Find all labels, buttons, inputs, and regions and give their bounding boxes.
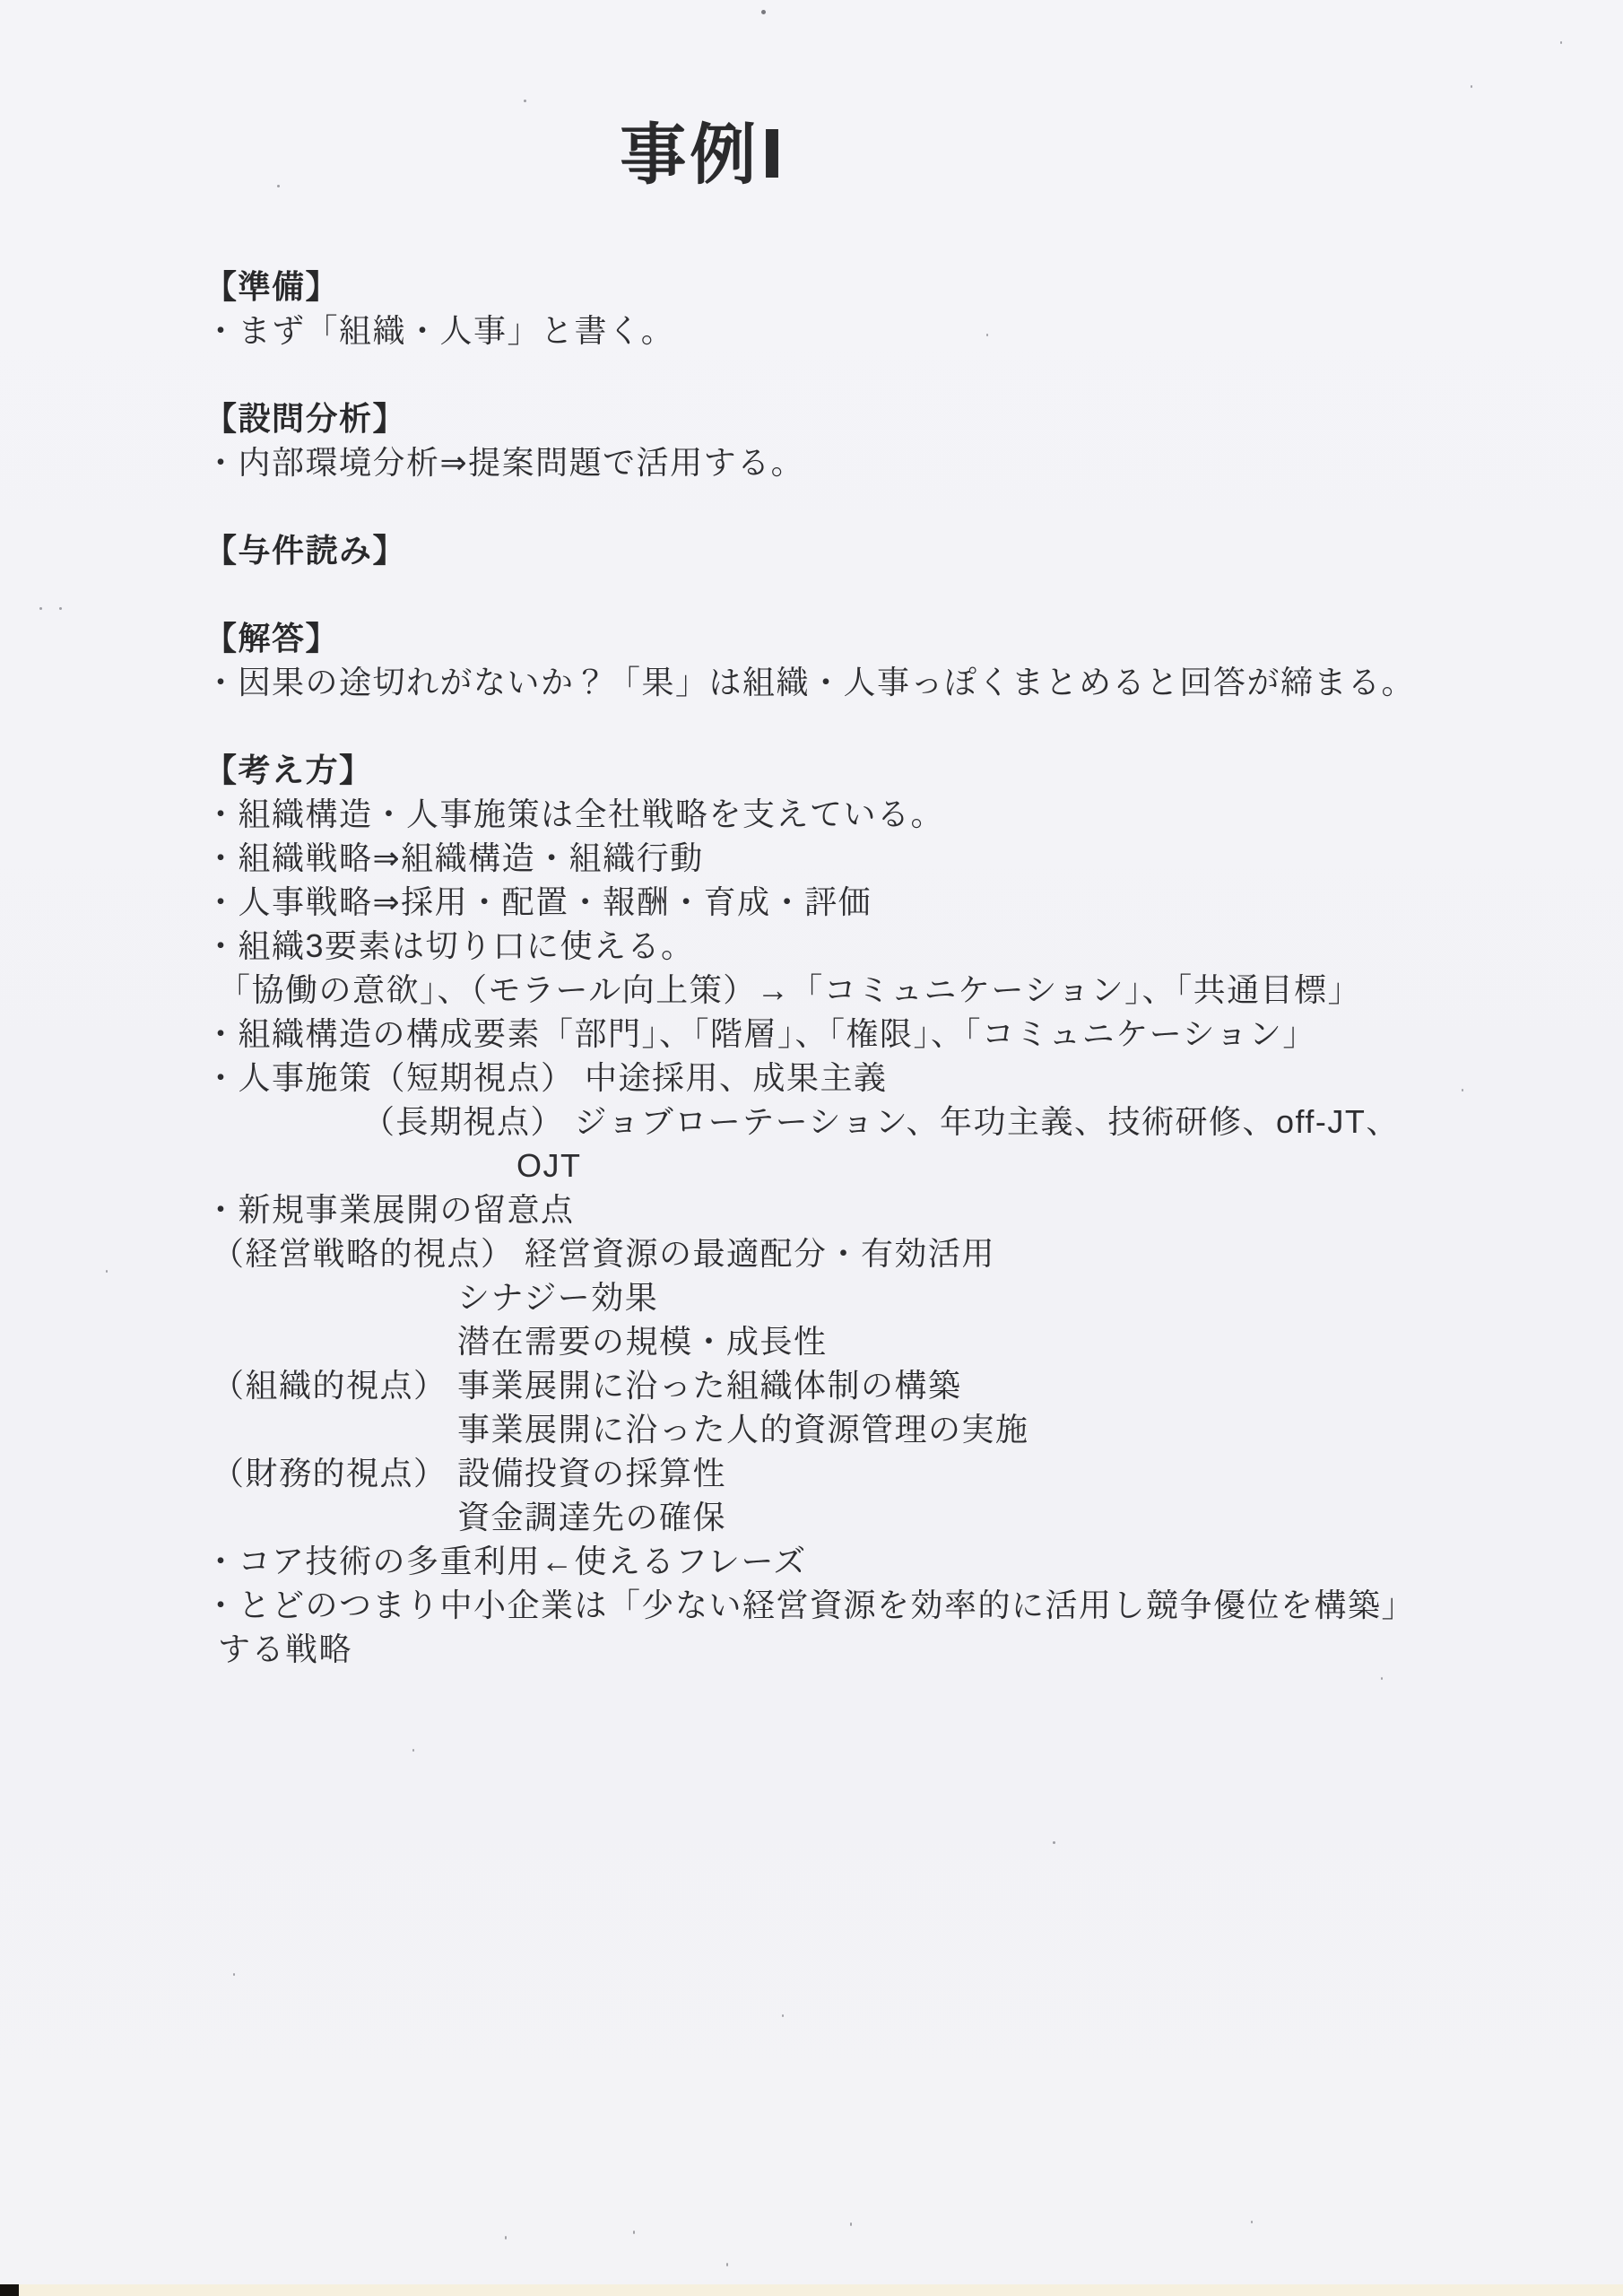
note-line: ・新規事業展開の留意点 — [204, 1187, 1623, 1231]
note-line: 潜在需要の規模・成長性 — [204, 1319, 1623, 1363]
note-line: （組織的視点） 事業展開に沿った組織体制の構築 — [204, 1363, 1623, 1407]
scan-speck — [524, 100, 526, 102]
note-line: 事業展開に沿った人的資源管理の実施 — [204, 1407, 1623, 1451]
scan-speck — [986, 334, 988, 336]
scan-speck — [1381, 1677, 1383, 1680]
section-heading: 【解答】 — [204, 616, 1623, 660]
note-line: ・組織構造・人事施策は全社戦略を支えている。 — [204, 792, 1623, 836]
scan-speck — [782, 2014, 784, 2017]
section-heading: 【準備】 — [204, 265, 1623, 309]
scan-speck — [505, 2236, 507, 2239]
note-line: ・組織戦略⇒組織構造・組織行動 — [204, 836, 1623, 880]
scanner-edge-black-mark — [0, 2284, 19, 2296]
scan-speck — [1462, 1089, 1463, 1091]
section: 【準備】・まず「組織・人事」と書く。 — [204, 265, 1623, 352]
scan-speck — [59, 607, 62, 610]
scan-speck — [106, 1270, 108, 1273]
note-line: ・コア技術の多重利用←使えるフレーズ — [204, 1539, 1623, 1583]
scan-speck — [850, 2222, 852, 2226]
section: 【与件読み】 — [204, 528, 1623, 572]
scan-speck — [1560, 41, 1562, 44]
note-line: 資金調達先の確保 — [204, 1495, 1623, 1539]
note-line: （長期視点） ジョブローテーション、年功主義、技術研修、off-JT、 — [204, 1100, 1623, 1144]
scan-speck — [761, 10, 766, 14]
note-line: ・内部環境分析⇒提案問題で活用する。 — [204, 440, 1623, 484]
note-line: ・組織3要素は切り口に使える。 — [204, 924, 1623, 968]
note-line: （財務的視点） 設備投資の採算性 — [204, 1451, 1623, 1495]
note-line: ・まず「組織・人事」と書く。 — [204, 309, 1623, 352]
section: 【考え方】・組織構造・人事施策は全社戦略を支えている。・組織戦略⇒組織構造・組織… — [204, 748, 1623, 1671]
scan-speck — [726, 2263, 728, 2266]
note-line: する戦略 — [204, 1627, 1623, 1671]
section-heading: 【与件読み】 — [204, 528, 1623, 572]
scan-speck — [1471, 85, 1472, 88]
note-line: ・因果の途切れがないか？「果」は組織・人事っぽくまとめると回答が締まる。 — [204, 660, 1623, 704]
scan-speck — [412, 1749, 414, 1752]
note-line: シナジー効果 — [204, 1275, 1623, 1319]
scanned-document-page: 事例Ⅰ 【準備】・まず「組織・人事」と書く。【設問分析】・内部環境分析⇒提案問題… — [0, 0, 1623, 2296]
note-line: ・人事戦略⇒採用・配置・報酬・育成・評価 — [204, 880, 1623, 924]
note-line: 「協働の意欲」、（モラール向上策）→「コミュニケーション」、「共通目標」 — [204, 968, 1623, 1012]
scan-speck — [1053, 1841, 1055, 1844]
note-line: OJT — [204, 1144, 1623, 1187]
note-line: ・人事施策（短期視点） 中途採用、成果主義 — [204, 1056, 1623, 1100]
scan-speck — [233, 1973, 235, 1976]
section-heading: 【設問分析】 — [204, 396, 1623, 440]
scan-speck — [1251, 2221, 1253, 2223]
note-line: （経営戦略的視点） 経営資源の最適配分・有効活用 — [204, 1231, 1623, 1275]
scanner-edge-strip — [0, 2284, 1623, 2296]
scan-speck — [633, 2231, 635, 2234]
note-line: ・組織構造の構成要素「部門」、「階層」、「権限」、「コミュニケーション」 — [204, 1012, 1623, 1056]
page-title: 事例Ⅰ — [0, 115, 1515, 196]
scan-speck — [39, 607, 42, 610]
scan-speck — [277, 185, 280, 187]
section: 【解答】・因果の途切れがないか？「果」は組織・人事っぽくまとめると回答が締まる。 — [204, 616, 1623, 704]
section: 【設問分析】・内部環境分析⇒提案問題で活用する。 — [204, 396, 1623, 484]
document-body: 【準備】・まず「組織・人事」と書く。【設問分析】・内部環境分析⇒提案問題で活用す… — [204, 265, 1623, 1671]
note-line: ・とどのつまり中小企業は「少ない経営資源を効率的に活用し競争優位を構築」 — [204, 1583, 1623, 1627]
section-heading: 【考え方】 — [204, 748, 1623, 792]
